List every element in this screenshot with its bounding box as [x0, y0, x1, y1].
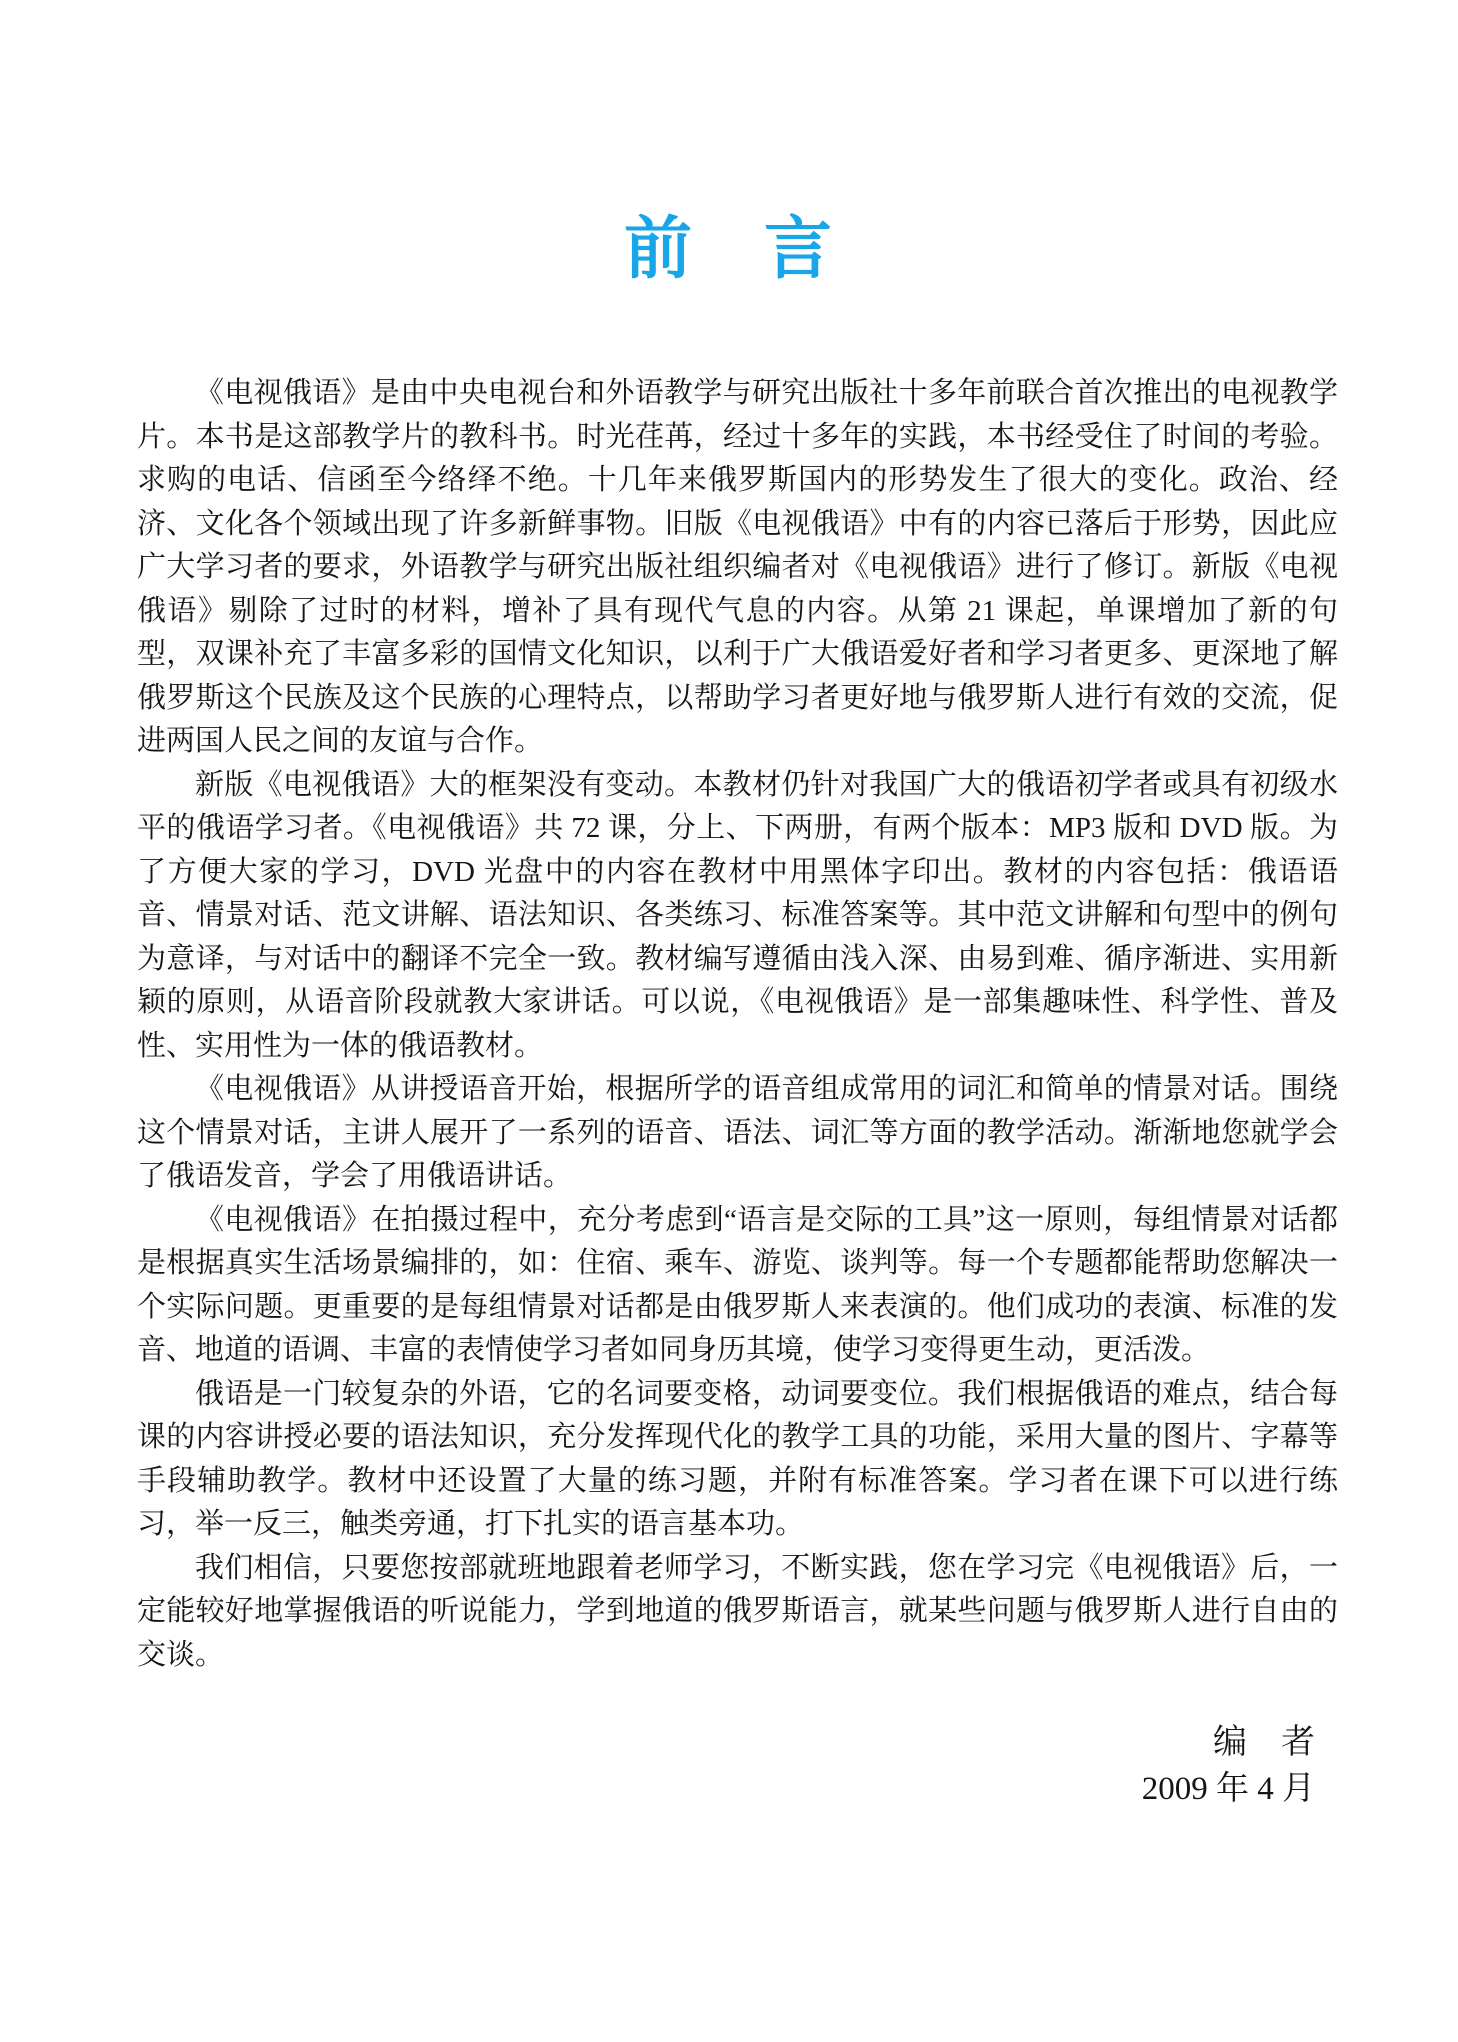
page-title: 前 言	[0, 216, 1458, 284]
signature-date: 2009 年 4 月	[1142, 1766, 1315, 1812]
paragraph-1: 《电视俄语》是由中央电视台和外语教学与研究出版社十多年前联合首次推出的电视教学片…	[137, 372, 1338, 764]
signature-block: 编 者 2009 年 4 月	[1142, 1720, 1315, 1812]
paragraph-3: 《电视俄语》从讲授语音开始，根据所学的语音组成常用的词汇和简单的情景对话。围绕这…	[137, 1068, 1338, 1199]
paragraph-2: 新版《电视俄语》大的框架没有变动。本教材仍针对我国广大的俄语初学者或具有初级水平…	[137, 764, 1338, 1069]
paragraph-5: 俄语是一门较复杂的外语，它的名词要变格，动词要变位。我们根据俄语的难点，结合每课…	[137, 1373, 1338, 1547]
paragraph-6: 我们相信，只要您按部就班地跟着老师学习，不断实践，您在学习完《电视俄语》后，一定…	[137, 1547, 1338, 1678]
preface-body: 《电视俄语》是由中央电视台和外语教学与研究出版社十多年前联合首次推出的电视教学片…	[137, 372, 1338, 1677]
preface-page: 前 言 《电视俄语》是由中央电视台和外语教学与研究出版社十多年前联合首次推出的电…	[0, 0, 1458, 2042]
paragraph-4: 《电视俄语》在拍摄过程中，充分考虑到“语言是交际的工具”这一原则，每组情景对话都…	[137, 1199, 1338, 1373]
signature-author: 编 者	[1142, 1720, 1315, 1766]
